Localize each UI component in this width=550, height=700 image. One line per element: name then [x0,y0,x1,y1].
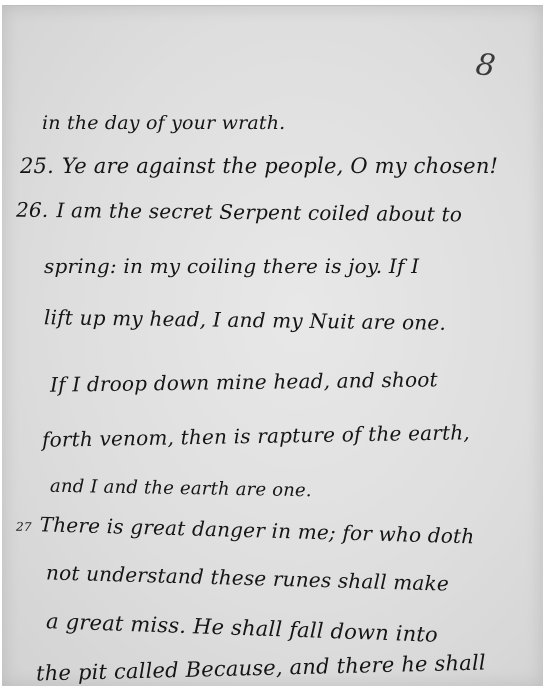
line-text: not understand these runes shall make [46,560,450,595]
manuscript-line: not understand these runes shall make [46,560,450,595]
manuscript-line: lift up my head, I and my Nuit are one. [44,305,446,335]
verse-number: 25. [20,154,54,178]
verse-number: 27 [16,520,32,534]
manuscript-line: 26.I am the secret Serpent coiled about … [16,198,462,227]
line-text: lift up my head, I and my Nuit are one. [44,305,446,335]
manuscript-page: 8 in the day of your wrath. 25.Ye are ag… [2,5,543,686]
line-text: the pit called Because, and there he sha… [36,651,486,686]
line-text: spring: in my coiling there is joy. If I [44,254,419,278]
manuscript-line: If I droop down mine head, and shoot [50,367,438,396]
line-text: in the day of your wrath. [42,112,285,134]
manuscript-line: 27There is great danger in me; for who d… [16,512,475,549]
page-number: 8 [474,47,498,84]
manuscript-line: a great miss. He shall fall down into [46,609,439,647]
manuscript-line: the pit called Because, and there he sha… [36,651,486,686]
line-text: forth venom, then is rapture of the eart… [42,420,470,451]
manuscript-line: 25.Ye are against the people, O my chose… [20,154,498,178]
line-text: a great miss. He shall fall down into [46,609,439,647]
verse-number: 26. [16,198,49,222]
manuscript-line: in the day of your wrath. [42,112,285,134]
line-text: There is great danger in me; for who dot… [39,512,474,548]
line-text: I am the secret Serpent coiled about to [56,198,462,226]
manuscript-line: forth venom, then is rapture of the eart… [42,420,470,451]
line-text: and I and the earth are one. [50,476,312,502]
manuscript-line: and I and the earth are one. [50,476,312,502]
line-text: If I droop down mine head, and shoot [50,367,438,396]
manuscript-line: spring: in my coiling there is joy. If I [44,254,419,278]
line-text: Ye are against the people, O my chosen! [62,154,498,178]
